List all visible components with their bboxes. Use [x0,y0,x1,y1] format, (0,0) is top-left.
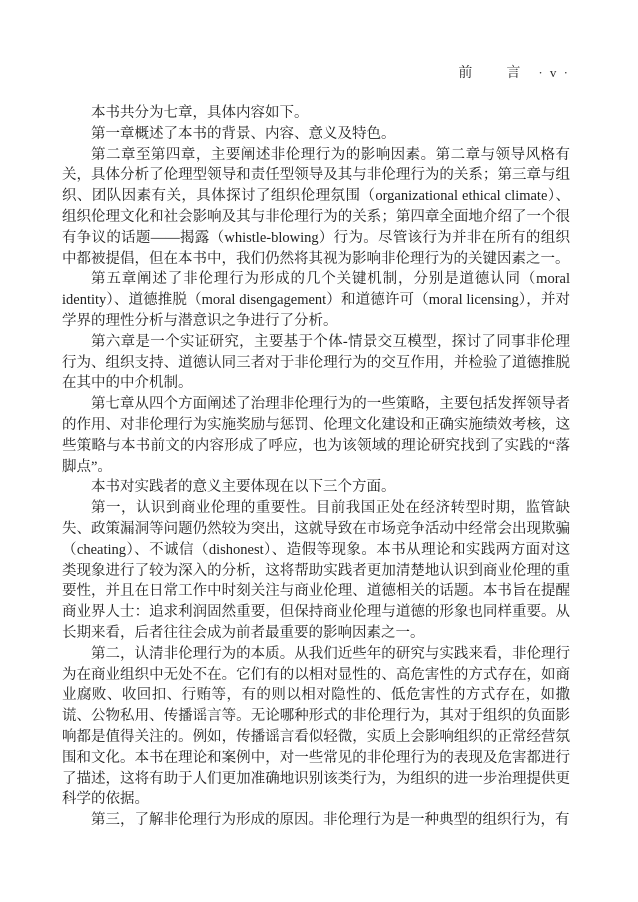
paragraph-chapter1: 第一章概述了本书的背景、内容、意义及特色。 [62,124,570,145]
paragraph-chapter7: 第七章从四个方面阐述了治理非伦理行为的一些策略，主要包括发挥领导者的作用、对非伦… [62,394,570,477]
paragraph-significance: 本书对实践者的意义主要体现在以下三个方面。 [62,477,570,498]
page-number: · v · [538,65,570,81]
paragraph-point2: 第二，认清非伦理行为的本质。从我们近些年的研究与实践来看，非伦理行为在商业组织中… [62,644,570,810]
paragraph-point3: 第三，了解非伦理行为形成的原因。非伦理行为是一种典型的组织行为，有 [62,810,570,831]
paragraph-chapter5: 第五章阐述了非伦理行为形成的几个关键机制，分别是道德认同（moral ident… [62,269,570,331]
paragraph-intro: 本书共分为七章，具体内容如下。 [62,103,570,124]
book-page: 前 言 · v · 本书共分为七章，具体内容如下。 第一章概述了本书的背景、内容… [0,0,638,902]
page-header: 前 言 · v · [458,62,570,82]
paragraph-chapters2-4: 第二章至第四章，主要阐述非伦理行为的影响因素。第二章与领导风格有关，具体分析了伦… [62,145,570,270]
running-head-title: 前 言 [458,62,522,82]
paragraph-chapter6: 第六章是一个实证研究，主要基于个体-情景交互模型，探讨了同事非伦理行为、组织支持… [62,332,570,394]
preface-body: 本书共分为七章，具体内容如下。 第一章概述了本书的背景、内容、意义及特色。 第二… [62,103,570,831]
paragraph-point1: 第一，认识到商业伦理的重要性。目前我国正处在经济转型时期，监管缺失、政策漏洞等问… [62,498,570,644]
